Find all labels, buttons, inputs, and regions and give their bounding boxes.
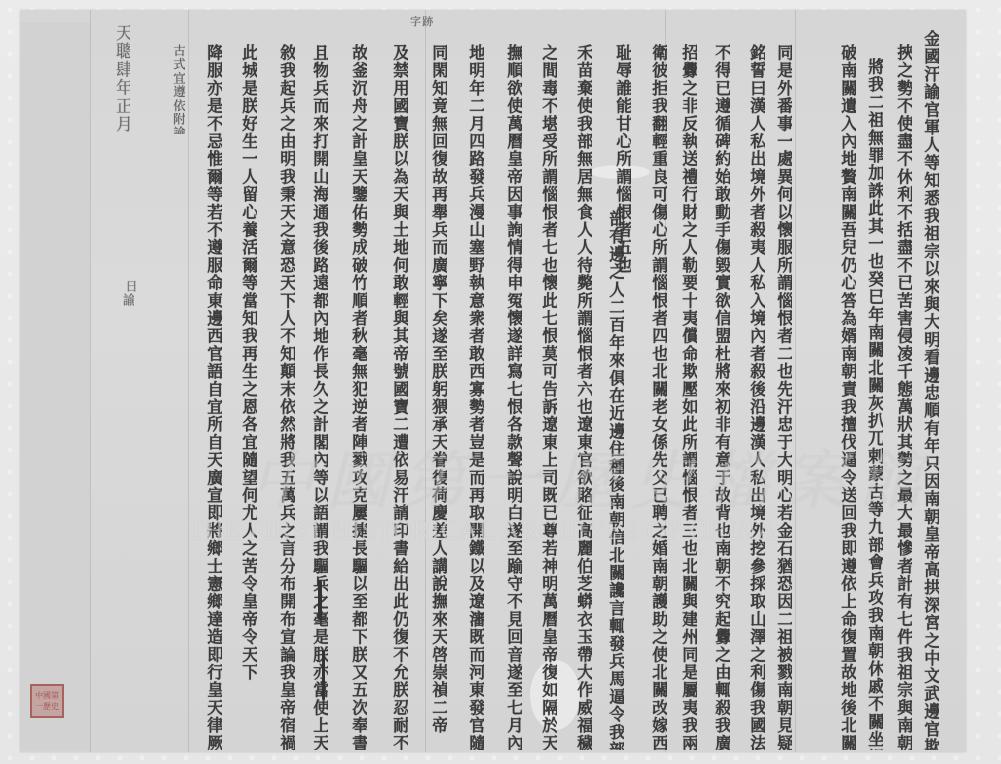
fold-line <box>188 10 189 752</box>
collection-seal: 中 國 第 一 歷 史 <box>30 684 64 718</box>
text-column-4: 破南關遺入內地贅南關吾兒仍心答為婿南朝責我擅伐逼令送回我即遵依上命復置故地後北關… <box>839 44 856 750</box>
seal-glyph: 中 <box>35 690 43 701</box>
fold-line <box>90 10 91 752</box>
seal-glyph: 國 <box>43 690 51 701</box>
text-column-1: 金國汗諭官軍人等知悉我祖宗以來與大明看邊忠順有年只因南朝皇帝高拱深宮之中文武邊官… <box>922 30 939 750</box>
text-column-18: 故釜沉舟之計皇天鑒佑勢成破竹順者秋毫無犯逆者陣戮攻克屢捷長驅以至都下朕又五次奉書… <box>350 44 367 750</box>
text-column-5: 同是外番事一處異何以懷服所謂惱恨者二也先汗忠于大明心若金石猶恐因二祖被戮南朝見疑… <box>775 44 792 750</box>
archive-watermark-english: THE FIRST HISTORICAL ARCHIVES OF CHINA <box>188 516 828 546</box>
text-column-16: 同閑知竟無回復故再舉兵而廣寧下矣遂至朕躬猥承天眷復荷慶差人講說撫來天啓崇禎二帝 <box>430 44 447 750</box>
text-column-6: 銘誓曰漢人私出境外者殺夷人私入境內者殺後沿邊漢人私出境外挖參採取山澤之利傷我國法… <box>748 44 765 750</box>
text-column-20: 敘我起兵之由明我秉天之意恐天下人不知顛末依然將我五萬兵之言分布開布宣論我皇帝宿禍… <box>278 44 295 750</box>
text-column-8: 招釁之非反執送禮行財之人勒要十夷償命欺壓如此所謂惱恨者三也北關與建州同是屬夷我兩… <box>680 44 697 750</box>
seal-glyph: 一 <box>35 701 43 712</box>
endorsement-mark: 諭 <box>121 293 134 313</box>
seal-glyph: 第 <box>51 690 59 701</box>
archive-watermark-chinese: 中國第一歷史檔案館 <box>250 430 810 522</box>
seal-glyph: 史 <box>51 701 59 712</box>
text-column-9: 衛彼拒我翻輕重良可傷心所謂惱恨者四也北關老女係先父已聘之婚南朝護助之使北關改嫁西… <box>650 44 667 750</box>
text-column-14: 撫順欲使萬曆皇帝因事詢情得申冤懷遂詳寫七恨各款聲說明白遂至踰守不見回音遂至七月內… <box>505 44 522 750</box>
text-column-3: 將我二祖無罪加誅此其一也癸巳年南關北關灰扒兀剌蒙古等九部會兵攻我南朝休戚不關坐視… <box>866 58 883 750</box>
fold-line <box>425 10 426 752</box>
ink-smudge <box>322 650 325 700</box>
text-column-15: 地明年二月四路發兵漫山塞野執意衆者敢西寡勢者豈是而再取開鐵以及遼瀋既而河東發官隨… <box>467 44 484 750</box>
text-column-17: 及禁用國寶朕以為天與土地何敢輕與其帝號國寶二遭依易汗請印書給出此仍復不允朕忍耐不… <box>391 44 408 750</box>
text-column-22: 降服亦是不忌惟爾等若不遵服命東邊西官語自宜所自天廣宣即將鄉士憲鄉達造即行皇天律厥… <box>205 44 222 750</box>
text-column-7: 不得已遵循碑約始敢動手傷毀實欲信盟杜將來初非有意于故背也南朝不究起釁之由輒殺我廣… <box>713 44 730 750</box>
text-column-12: 禾苗棄使我部無居無食人人待斃所謂惱恨者六也遼東官欲賂征高麗伯芝蟒衣玉帶大作威福穢… <box>575 44 592 750</box>
ink-smudge <box>318 580 322 620</box>
top-mark: 字跡 <box>410 16 434 36</box>
date-line: 天聰肆年正月 <box>113 24 130 154</box>
text-column-2: 挾之勢不使盡不休利不括盡不已苦害侵凌千態萬狀其勢之最大最慘者計有七件我祖宗與南朝 <box>895 44 912 750</box>
closing-note: 古式宜遵依附諭 <box>172 44 185 134</box>
fold-line <box>795 10 796 752</box>
text-column-13: 之間毒不堪受所謂惱恨者七也懷此七恨莫可告訴遼東上司既已尊若神明萬曆皇帝復如隔於天… <box>540 44 557 750</box>
text-column-19: 且物兵而來打開山海通我後路遠都內地作長久之計閣內等以語謂我驅兵之毫是朕亦當使上天… <box>311 44 328 750</box>
document-paper <box>20 10 966 752</box>
seal-glyph: 歷 <box>43 701 51 712</box>
paper-left-panel <box>20 22 90 750</box>
text-column-21: 此城是朕好生一人留心養活爾等當知我再生之恩各宜隨望何尤人之苦令皇帝令天下 <box>240 44 257 750</box>
